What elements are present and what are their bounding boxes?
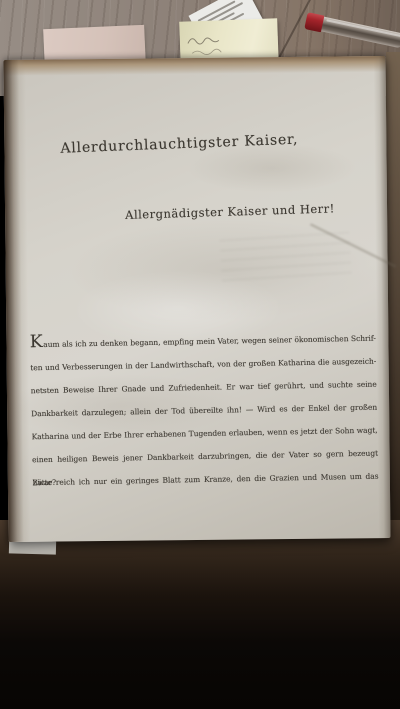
page-salutation: Allergnädigster Kaiser und Herr! xyxy=(125,201,335,222)
page-heading: Allerdurchlauchtigster Kaiser, xyxy=(60,132,298,157)
page-top-edge xyxy=(3,56,385,76)
table-shadow-bottom xyxy=(0,520,400,709)
book-page: Allerdurchlauchtigster Kaiser, Allergnäd… xyxy=(3,56,390,542)
page-gutter-shadow xyxy=(3,60,30,542)
ink-bleed-ghost xyxy=(219,231,351,281)
tube-red-cap xyxy=(304,12,324,32)
book-photo: Allerdurchlauchtigster Kaiser, Allergnäd… xyxy=(0,0,400,709)
dedication-text: Kaum als ich zu denken begann, empfing m… xyxy=(30,327,379,495)
page-block-edge xyxy=(9,540,56,554)
handwriting-marks xyxy=(186,31,247,59)
